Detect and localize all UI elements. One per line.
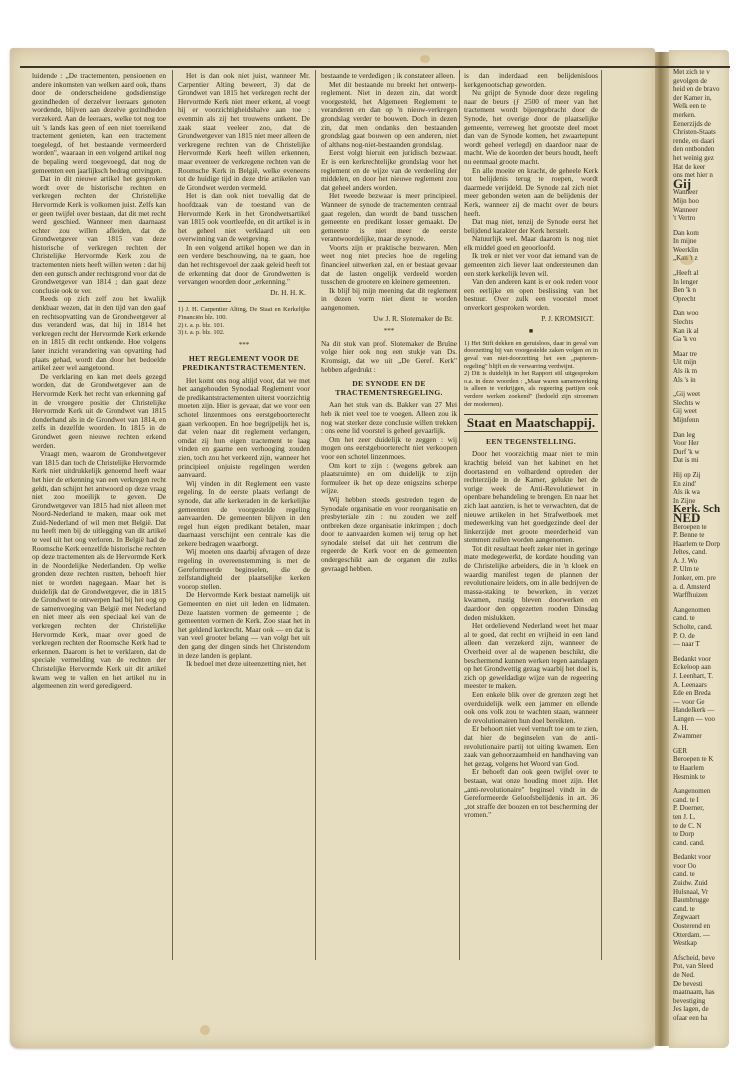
notice-line: de Ned. bbox=[673, 971, 729, 980]
footnote: 2) t. a. p. blz. 101. bbox=[178, 322, 310, 330]
column-1: luidende : „De tractementen, pensioenen … bbox=[32, 72, 166, 691]
author-signature: P. J. KROMSIGT. bbox=[464, 315, 594, 324]
paragraph: Natuurlijk wel. Maar daarom is nog niet … bbox=[464, 235, 598, 252]
notice-line: Handelkerk — bbox=[673, 706, 729, 715]
poem-line: Wanneer bbox=[673, 188, 729, 197]
footnote: 2) Dit is duidelijk in het Rapport stil … bbox=[464, 370, 598, 408]
paragraph: Nu grijpt de Synode door deze regeling n… bbox=[464, 89, 598, 166]
paragraph: Ik blijf bij mijn meening dat dit reglem… bbox=[321, 287, 457, 313]
text-line: merken. bbox=[673, 111, 729, 120]
notice-line: Eckeloop aan bbox=[673, 663, 729, 672]
text-line: Met zich te v bbox=[673, 68, 729, 77]
poem-line: Als ik wa bbox=[673, 488, 729, 497]
footnote-marker: ■ bbox=[464, 327, 598, 336]
poem-line: Durf 'k w bbox=[673, 448, 729, 457]
notice-line: Pot, van Sleed bbox=[673, 962, 729, 971]
paragraph: Eerst volgt hieruit een juridisch bezwaa… bbox=[321, 149, 457, 192]
paragraph: Vraagt men, waarom de Grondwetgever van … bbox=[32, 450, 166, 691]
notice-line: GER bbox=[673, 747, 729, 756]
notice-line: Hesmink te bbox=[673, 773, 729, 782]
poem-line: Als ik m bbox=[673, 367, 729, 376]
adjacent-page-fragment: Met zich te vgevolgen deheid en de bravo… bbox=[669, 50, 729, 1048]
poem-line: Voor Her bbox=[673, 439, 729, 448]
paragraph: Het komt ons nog altijd voor, dat we met… bbox=[178, 377, 310, 480]
poem-line: Ben 'k n bbox=[673, 286, 729, 295]
text-line: gevolgen de bbox=[673, 77, 729, 86]
poem-line: Dan woo bbox=[673, 309, 729, 318]
paragraph: Tot dit resultaat heeft zeker niet in ge… bbox=[464, 545, 598, 622]
paragraph: is dan inderdaad een belijdenisloos kerk… bbox=[464, 72, 598, 89]
paragraph: Ik trek er niet ver voor dat iemand van … bbox=[464, 252, 598, 278]
author-signature: Dr. H. H. K. bbox=[178, 289, 306, 298]
text-line: heid en de bravo bbox=[673, 85, 729, 94]
poem-line: Mijn hoo bbox=[673, 197, 729, 206]
author-signature: Uw J. R. Slotemaker de Br. bbox=[321, 315, 453, 324]
notice-line: cand. te I bbox=[673, 796, 729, 805]
poem-line: Gij weet bbox=[673, 407, 729, 416]
column-4: is dan inderdaad een belijdenisloos kerk… bbox=[464, 72, 598, 820]
text-line: der Kamer in, bbox=[673, 94, 729, 103]
poem-line: Oprecht bbox=[673, 295, 729, 304]
paragraph: En alle moeite en kracht, de geheele Ker… bbox=[464, 167, 598, 219]
notice-line: ten J. L. bbox=[673, 813, 729, 822]
poem-line: Dat is mi bbox=[673, 456, 729, 465]
notice-line: De bevesti bbox=[673, 980, 729, 989]
notice-line: Baumbrugge bbox=[673, 896, 729, 905]
paper-stain bbox=[200, 1025, 210, 1035]
notice-line: Jes lagen, de bbox=[673, 1005, 729, 1014]
paragraph: Ik bedoel met deze uiteenzetting niet, h… bbox=[178, 660, 310, 669]
notice-line: — naar T bbox=[673, 640, 729, 649]
notice-line: Scholte, cand. bbox=[673, 623, 729, 632]
footnote: 1) Het Stift dekken en geruisloos, daar … bbox=[464, 340, 598, 370]
notice-line: Zegwaart bbox=[673, 913, 729, 922]
notice-line: Otterdam. — bbox=[673, 931, 729, 940]
paragraph: De verklaring en kan met deels gezegd wo… bbox=[32, 373, 166, 450]
column-divider bbox=[315, 70, 316, 960]
poem-line: Maar tre bbox=[673, 350, 729, 359]
poem-line: Kan ik al bbox=[673, 327, 729, 336]
notice-line: Bedankt voor bbox=[673, 655, 729, 664]
notice-line: A. Leenaars bbox=[673, 681, 729, 690]
column-divider bbox=[459, 70, 460, 960]
notice-line: Beroepen te K bbox=[673, 755, 729, 764]
paragraph: Van den anderen kant is er ook reden voo… bbox=[464, 278, 598, 312]
paragraph: Reeds op zich zelf zou het kwalijk denkb… bbox=[32, 295, 166, 372]
notice-line: cand. cand. bbox=[673, 839, 729, 848]
paragraph: In een volgend artikel hopen we dan in e… bbox=[178, 244, 310, 287]
text-line: rende, en daari bbox=[673, 137, 729, 146]
notice-line: bevestiging bbox=[673, 997, 729, 1006]
paragraph: luidende : „De tractementen, pensioenen … bbox=[32, 72, 166, 175]
notice-line: Haarlem te Dorp bbox=[673, 540, 729, 549]
section-heading: Staat en Maatschappij. bbox=[464, 414, 598, 432]
notice-line: J. Leenhart, T. bbox=[673, 672, 729, 681]
poem-line: Dan kom bbox=[673, 229, 729, 238]
paragraph: Met dit bestaande nu breekt het ontwerp-… bbox=[321, 81, 457, 150]
paragraph: Wij vinden in dit Reglement een vaste re… bbox=[178, 480, 310, 549]
notice-line: P. Doerner, bbox=[673, 804, 729, 813]
paragraph: Wij moeten ons daarbij afvragen of deze … bbox=[178, 548, 310, 591]
editor-note: Na dit stuk van prof. Slotemaker de Bruï… bbox=[321, 340, 457, 374]
paragraph: Dat in dit nieuwe artikel het gesproken … bbox=[32, 175, 166, 295]
separator-stars: *** bbox=[178, 341, 310, 350]
notice-line: te Dorp bbox=[673, 830, 729, 839]
notice-line: Aangenomen bbox=[673, 787, 729, 796]
article-title: HET REGLEMENT VOOR DE PREDIKANTSTRACTEME… bbox=[178, 355, 310, 372]
column-divider bbox=[601, 70, 602, 960]
notice-line: A. H. bbox=[673, 724, 729, 733]
notice-line: Jonker, em. pre bbox=[673, 574, 729, 583]
poem-line: Weerklin bbox=[673, 246, 729, 255]
notice-line: P. Ulm te bbox=[673, 565, 729, 574]
notice-line: Afscheid, beve bbox=[673, 954, 729, 963]
separator-stars: *** bbox=[321, 327, 457, 336]
poem-line: „Gij weet bbox=[673, 390, 729, 399]
notice-line: Zwammer bbox=[673, 732, 729, 741]
notice-line: P. O. de bbox=[673, 632, 729, 641]
paragraph: Voorts zijn er praktische bezwaren. Men … bbox=[321, 244, 457, 287]
text-line: den ontbonden bbox=[673, 145, 729, 154]
article-title: DE SYNODE EN DE TRACTEMENTSREGELING. bbox=[321, 380, 457, 397]
paragraph: Aan het stuk van ds. Bakker van 27 Mei h… bbox=[321, 401, 457, 435]
paragraph: Om het zeer duidelijk te zeggen : wij mo… bbox=[321, 436, 457, 462]
poem-line: Uit mijn bbox=[673, 358, 729, 367]
text-line: het weinig gez bbox=[673, 154, 729, 163]
notice-line: Zuidw. Zuid bbox=[673, 879, 729, 888]
notice-line: maatnaam, has bbox=[673, 988, 729, 997]
footnote-rule bbox=[178, 301, 231, 302]
notice-line: cand. te bbox=[673, 905, 729, 914]
paragraph: Wij hebben steeds gestreden tegen de Syn… bbox=[321, 496, 457, 573]
paragraph: Er behoort niet veel vernuft toe om te z… bbox=[464, 725, 598, 768]
poem-line: Slechts bbox=[673, 318, 729, 327]
notice-line: a. d. Amsterd bbox=[673, 583, 729, 592]
notice-line: Jeltes, cand. bbox=[673, 548, 729, 557]
paragraph: Dat mag niet, tenzij de Synode eerst het… bbox=[464, 218, 598, 235]
paper-stain bbox=[680, 255, 694, 265]
page-fold bbox=[655, 52, 669, 1046]
notice-line: ofaar een ha bbox=[673, 1014, 729, 1023]
notice-line: te Haarlem bbox=[673, 764, 729, 773]
paragraph: Het tweede bezwaar is meer principieel. … bbox=[321, 192, 457, 244]
column-divider bbox=[172, 70, 173, 960]
paragraph: Het ordelievend Nederland weet het maar … bbox=[464, 622, 598, 691]
poem-line: Mijnfenn bbox=[673, 416, 729, 425]
paper-stain bbox=[420, 55, 430, 63]
poem-line: In lenger bbox=[673, 278, 729, 287]
text-line: Welk een te bbox=[673, 102, 729, 111]
notice-line: Aangenomen bbox=[673, 606, 729, 615]
subsection-heading: NED bbox=[673, 514, 729, 523]
text-line: Eenerzijds de bbox=[673, 120, 729, 129]
notice-line: Langen — voo bbox=[673, 715, 729, 724]
paragraph: Een enkele blik over de grenzen zegt het… bbox=[464, 691, 598, 725]
paragraph: Om kort te zijn : (wegens gebrek aan pla… bbox=[321, 462, 457, 496]
poem-line: 't Vertro bbox=[673, 214, 729, 223]
footnote: 1) J. H. Carpentier Alting, De Staat en … bbox=[178, 306, 310, 321]
article-title: EEN TEGENSTELLING. bbox=[464, 438, 598, 447]
notice-line: cand. te bbox=[673, 870, 729, 879]
column-2: Het is dan ook niet juist, wanneer Mr. C… bbox=[178, 72, 310, 669]
poem-line: „Heeft al bbox=[673, 269, 729, 278]
notice-line: Westkap bbox=[673, 939, 729, 948]
notice-line: Beroepen te bbox=[673, 523, 729, 532]
footnote: 3) t. a. p. blz. 102. bbox=[178, 329, 310, 337]
notice-line: Warffhuizen bbox=[673, 591, 729, 600]
notice-line: te de C. N bbox=[673, 822, 729, 831]
header-rule bbox=[20, 66, 730, 68]
notice-line: Ede en Breda bbox=[673, 689, 729, 698]
paragraph: Er behoeft dan ook geen twijfel over te … bbox=[464, 768, 598, 820]
poem-line: In mijne bbox=[673, 237, 729, 246]
notice-line: A. J. Wo bbox=[673, 557, 729, 566]
text-line: Christen-Staats bbox=[673, 128, 729, 137]
notice-line: voor Oo bbox=[673, 862, 729, 871]
text-line: Hat de keer bbox=[673, 163, 729, 172]
notice-line: Oosterend en bbox=[673, 922, 729, 931]
poem-line: Als 's in bbox=[673, 376, 729, 385]
poem-line: Slechts w bbox=[673, 399, 729, 408]
adjacent-page-text: Met zich te vgevolgen deheid en de bravo… bbox=[673, 68, 729, 1023]
notice-line: cand. te bbox=[673, 614, 729, 623]
notice-line: — voor Ge bbox=[673, 698, 729, 707]
poem-line: Dan leg bbox=[673, 431, 729, 440]
paragraph: Het is dan ook niet toevallig dat de hoo… bbox=[178, 192, 310, 244]
poem-line: Ga 'k vo bbox=[673, 335, 729, 344]
paragraph: Door het voorzichtig maar niet te min kr… bbox=[464, 450, 598, 545]
poem-line: Wanneer bbox=[673, 206, 729, 215]
poem-line: Hij op Zij bbox=[673, 471, 729, 480]
column-3: bestaande te verdedigen ; ik constateer … bbox=[321, 72, 457, 573]
notice-line: Hulsnaal, Vr bbox=[673, 888, 729, 897]
paragraph: Het is dan ook niet juist, wanneer Mr. C… bbox=[178, 72, 310, 192]
paragraph: De Hervormde Kerk bestaat namelijk uit G… bbox=[178, 591, 310, 660]
poem-line: En zind' bbox=[673, 480, 729, 489]
poem-heading: Gij bbox=[673, 180, 729, 189]
notice-line: Bedankt voor bbox=[673, 853, 729, 862]
notice-line: P. Benne te bbox=[673, 531, 729, 540]
